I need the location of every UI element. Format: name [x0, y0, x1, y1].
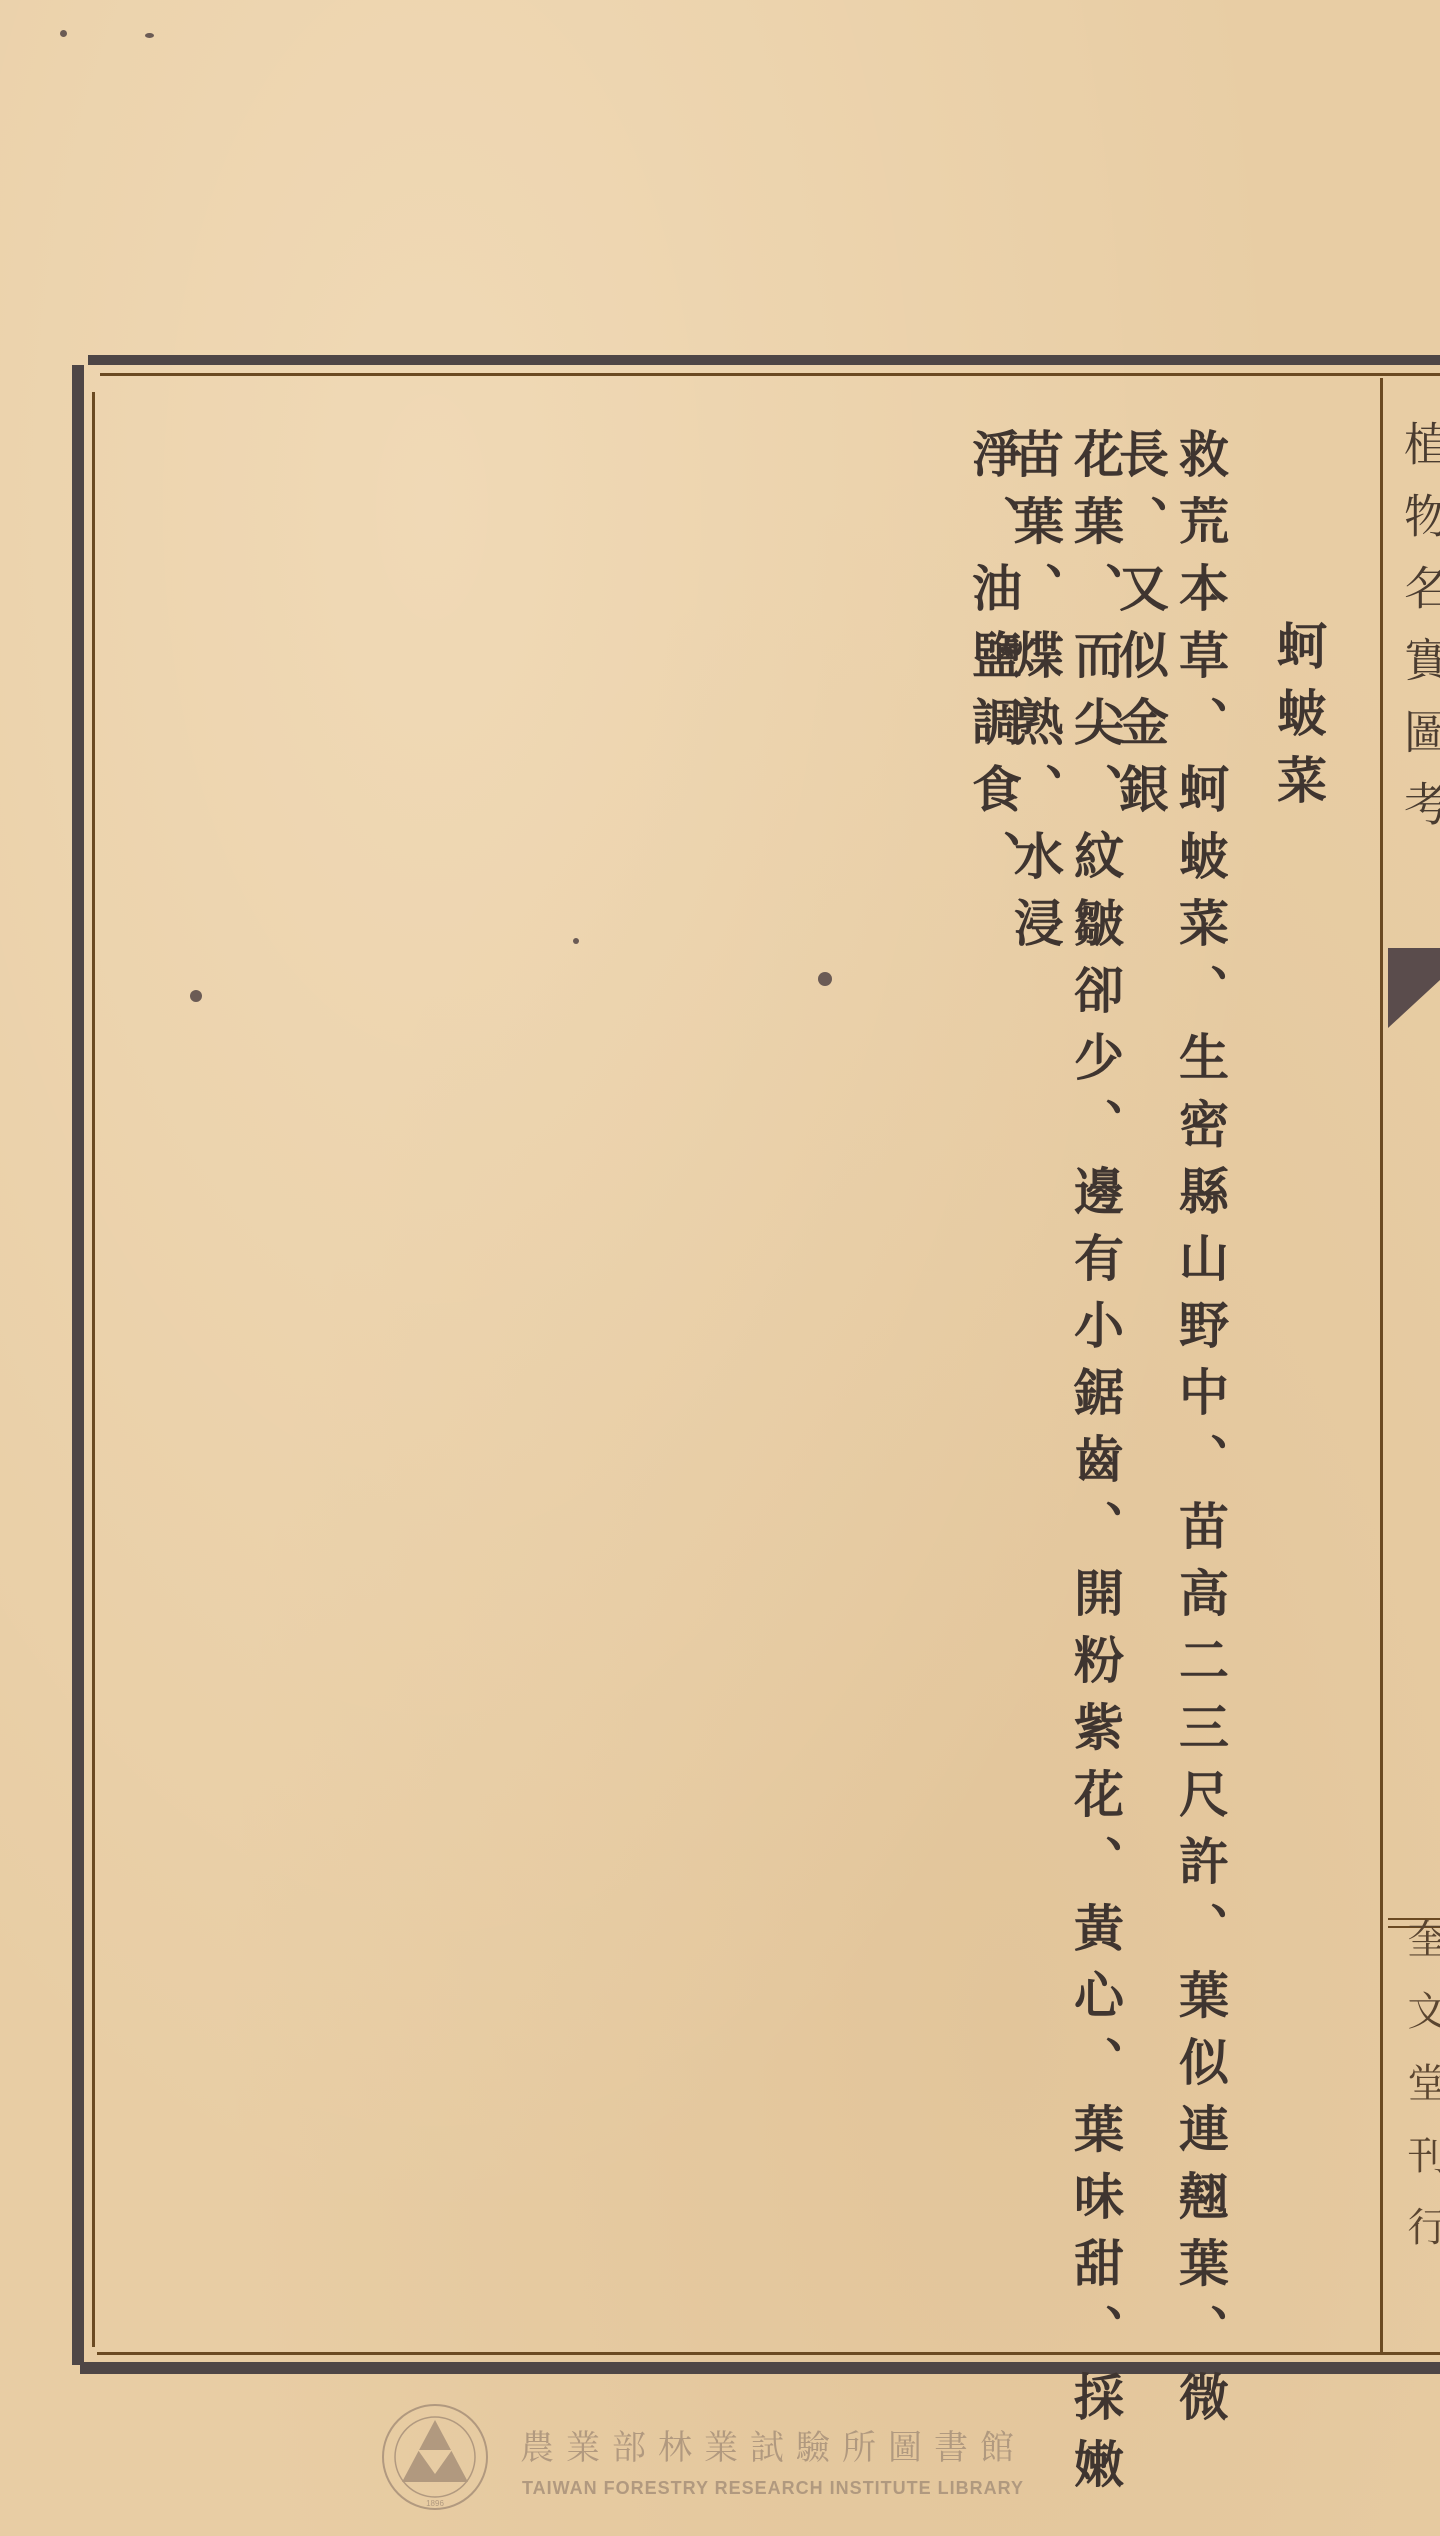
- text-column-2: 花葉、而尖、紋皺卻少、邊有小鋸齒、開粉紫花、黃心、葉味甜、採嫩苗葉、煠熟、水浸: [1065, 428, 1125, 2536]
- frame-outer-left-border: [72, 365, 84, 2365]
- margin-column-divider: [1380, 378, 1383, 2353]
- text-column-1: 救荒本草、蚵蚾菜、生密縣山野中、苗高二三尺許、葉似連翹葉、微長、又似金銀: [1170, 428, 1230, 2536]
- paper-speck: [573, 938, 579, 944]
- text-column-3: 淨、油鹽調食、: [963, 428, 1023, 897]
- book-title-margin: 植物名實圖考: [1394, 420, 1440, 852]
- frame-inner-top-border: [100, 373, 1440, 376]
- paper-speck: [190, 990, 202, 1002]
- frame-outer-top-border: [88, 355, 1440, 365]
- frame-inner-left-border: [92, 392, 95, 2347]
- svg-text:1896: 1896: [426, 2499, 444, 2508]
- library-name-chinese: 農業部林業試驗所圖書館: [520, 2420, 1026, 2469]
- entry-title: 蚵蚾菜: [1268, 620, 1328, 821]
- paper-speck: [60, 30, 67, 37]
- publisher-imprint: 奎文堂刊行: [1394, 1918, 1440, 2278]
- paper-speck: [145, 33, 154, 38]
- frame-inner-bottom-border: [97, 2352, 1440, 2355]
- scanned-book-page: 蚵蚾菜 救荒本草、蚵蚾菜、生密縣山野中、苗高二三尺許、葉似連翹葉、微長、又似金銀…: [0, 0, 1440, 2536]
- library-watermark: 1896 農業部林業試驗所圖書館 TAIWAN FORESTRY RESEARC…: [380, 2402, 1080, 2522]
- library-name-english: TAIWAN FORESTRY RESEARCH INSTITUTE LIBRA…: [522, 2478, 1024, 2499]
- paper-speck: [818, 972, 832, 986]
- frame-outer-bottom-border: [80, 2362, 1440, 2374]
- fishtail-block-icon: [1388, 948, 1440, 1028]
- library-seal-icon: 1896: [380, 2402, 490, 2512]
